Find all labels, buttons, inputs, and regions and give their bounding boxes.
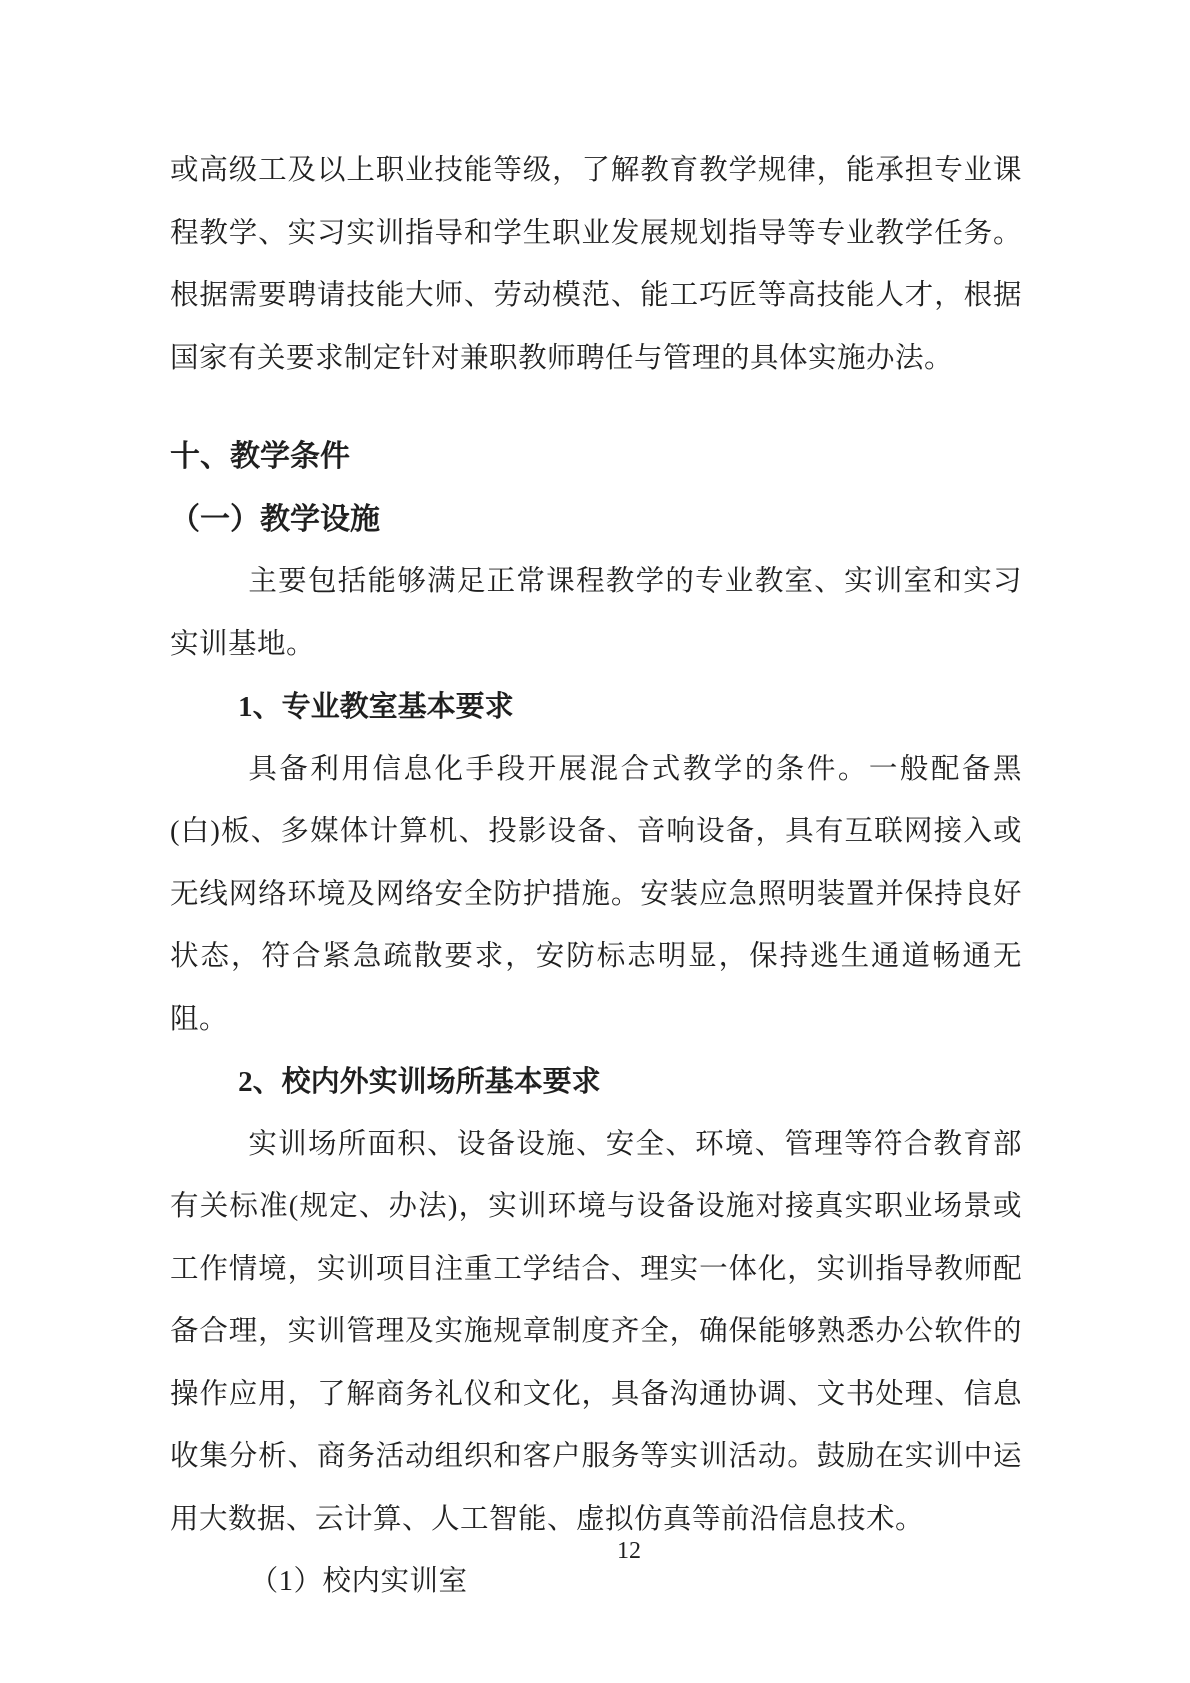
section-heading-teaching-conditions: 十、教学条件 — [170, 426, 1022, 489]
subsection-heading-teaching-facilities: （一）教学设施 — [170, 489, 1022, 552]
paragraph-classroom-requirements: 具备利用信息化手段开展混合式教学的条件。一般配备黑(白)板、多媒体计算机、投影设… — [170, 739, 1022, 1052]
item-heading-training-site-requirements: 2、校内外实训场所基本要求 — [170, 1051, 1022, 1114]
paragraph-facilities-overview: 主要包括能够满足正常课程教学的专业教室、实训室和实习实训基地。 — [170, 551, 1022, 676]
page-number: 12 — [604, 1536, 654, 1566]
sub-item-campus-training-room: （1）校内实训室 — [170, 1551, 1022, 1614]
text-column: 或高级工及以上职业技能等级，了解教育教学规律，能承担专业课程教学、实习实训指导和… — [170, 140, 1022, 1614]
item-heading-classroom-requirements: 1、专业教室基本要求 — [170, 676, 1022, 739]
document-page: 或高级工及以上职业技能等级，了解教育教学规律，能承担专业课程教学、实习实训指导和… — [0, 0, 1190, 1683]
paragraph-training-site-requirements: 实训场所面积、设备设施、安全、环境、管理等符合教育部有关标准(规定、办法)，实训… — [170, 1114, 1022, 1552]
paragraph-continued-from-previous-page: 或高级工及以上职业技能等级，了解教育教学规律，能承担专业课程教学、实习实训指导和… — [170, 140, 1022, 390]
